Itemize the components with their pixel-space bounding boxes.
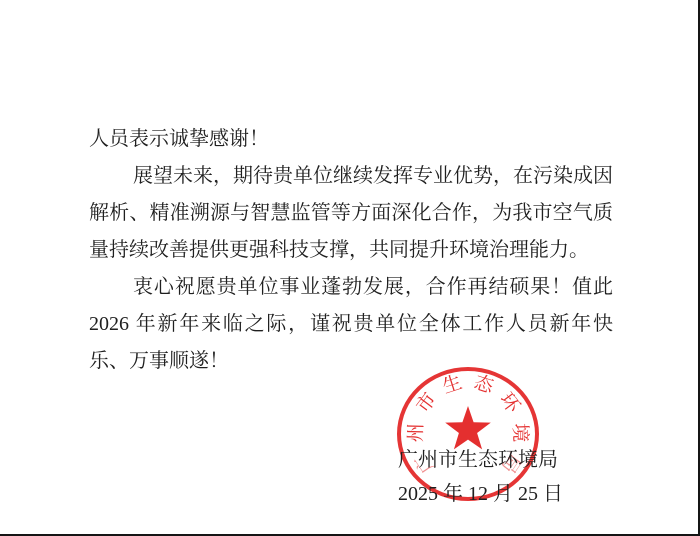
letter-page: 人员表示诚挚感谢！ 展望未来，期待贵单位继续发挥专业优势，在污染成因解析、精准溯… [0, 0, 700, 536]
paragraph-outlook: 展望未来，期待贵单位继续发挥专业优势，在污染成因解析、精准溯源与智慧监管等方面深… [89, 158, 613, 269]
seal-ring-char: 态 [471, 373, 496, 398]
seal-ring-char: 州 [407, 422, 427, 442]
official-seal: 广州市生态环境局 [397, 367, 539, 501]
seal-ring-char: 市 [413, 389, 441, 417]
paragraph-continuation: 人员表示诚挚感谢！ [89, 121, 613, 158]
seal-ring-char: 生 [440, 373, 465, 398]
seal-ring-char: 境 [509, 422, 529, 442]
letter-body: 人员表示诚挚感谢！ 展望未来，期待贵单位继续发挥专业优势，在污染成因解析、精准溯… [89, 121, 613, 380]
paragraph-wishes: 衷心祝愿贵单位事业蓬勃发展，合作再结硕果！值此 2026 年新年来临之际，谨祝贵… [89, 269, 613, 380]
seal-ring-char: 环 [495, 389, 523, 417]
signature-org: 广州市生态环境局 [398, 448, 558, 472]
seal-ring-text: 广州市生态环境局 [397, 367, 539, 501]
signature-date: 2025 年 12 月 25 日 [398, 482, 563, 506]
